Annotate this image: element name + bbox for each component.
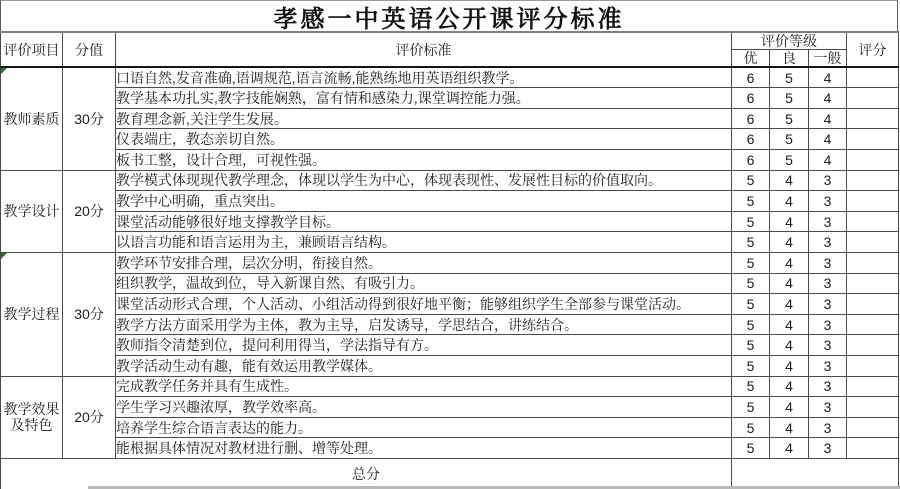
criteria-text: 完成教学任务并具有生成性。 [116,376,732,397]
grade-value: 5 [732,191,770,212]
grade-value: 6 [732,150,770,171]
rating-input-cell[interactable] [847,417,899,438]
criteria-text: 仪表端庄，教态亲切自然。 [116,129,732,150]
criteria-text: 教学模式体现现代教学理念，体现以学生为中心，体现表现性、发展性目标的价值取向。 [116,170,732,191]
grade-value: 4 [809,88,847,109]
grade-value: 5 [732,397,770,418]
table-row: 教师素质30分口语自然,发音准确,语调规范,语言流畅,能熟练地用英语组织教学。6… [1,67,899,88]
criteria-text: 教师指令清楚到位，提问利用得当，学法指导有方。 [116,335,732,356]
grade-value: 4 [770,314,809,335]
grade-value: 4 [770,356,809,377]
table-row: 板书工整，设计合理，可视性强。654 [1,150,899,171]
page-title: 孝感一中英语公开课评分标准 [0,0,898,31]
criteria-text: 课堂活动能够很好地支撑教学目标。 [116,211,732,232]
total-label: 总分 [1,458,732,489]
grade-value: 4 [809,67,847,88]
table-row: 组织教学，温故到位，导入新课自然、有吸引力。543 [1,273,899,294]
header-grade-good: 良 [770,50,809,68]
grade-value: 4 [770,438,809,459]
table-row: 教育理念新,关注学生发展。654 [1,108,899,129]
grade-value: 6 [732,108,770,129]
header-criteria: 评价标准 [116,32,732,67]
table-footer: 总分 [1,458,899,489]
table-row: 以语言功能和语言运用为主，兼顾语言结构。543 [1,232,899,253]
section-score-value: 30分 [63,253,116,377]
criteria-text: 能根据具体情况对教材进行删、增等处理。 [116,438,732,459]
grade-value: 5 [770,129,809,150]
grade-value: 5 [732,232,770,253]
grade-value: 6 [732,88,770,109]
table-row: 培养学生综合语言表达的能力。543 [1,417,899,438]
table-row: 教学方法方面采用学为主体，教为主导，启发诱导，学思结合，讲练结合。543 [1,314,899,335]
table-row: 教学活动生动有趣，能有效运用教学媒体。543 [1,356,899,377]
section-item-label: 教师素质 [1,67,63,170]
criteria-text: 教育理念新,关注学生发展。 [116,108,732,129]
grade-value: 5 [770,88,809,109]
grade-value: 5 [732,294,770,315]
table-row: 仪表端庄，教态亲切自然。654 [1,129,899,150]
criteria-text: 教学基本功扎实,教字技能娴熟，富有情和感染力,课堂调控能力强。 [116,88,732,109]
table-row: 教学设计20分教学模式体现现代教学理念，体现以学生为中心，体现表现性、发展性目标… [1,170,899,191]
grade-value: 5 [732,335,770,356]
grade-value: 4 [809,129,847,150]
rating-input-cell[interactable] [847,191,899,212]
section-score-value: 20分 [63,376,116,458]
total-row: 总分 [1,458,899,489]
grade-value: 4 [770,335,809,356]
rating-input-cell[interactable] [847,150,899,171]
grade-value: 3 [809,253,847,274]
rating-input-cell[interactable] [847,397,899,418]
section-item-label: 教学过程 [1,253,63,377]
table-header: 评价项目 分值 评价标准 评价等级 评分 优 良 一般 [1,32,899,67]
rating-input-cell[interactable] [847,376,899,397]
criteria-text: 教学环节安排合理，层次分明，衔接自然。 [116,253,732,274]
grade-value: 5 [732,211,770,232]
rating-input-cell[interactable] [847,232,899,253]
rating-input-cell[interactable] [847,129,899,150]
header-grade-excellent: 优 [732,50,770,68]
table-row: 学生学习兴趣浓厚，教学效率高。543 [1,397,899,418]
table-row: 教师指令清楚到位，提问利用得当，学法指导有方。543 [1,335,899,356]
grade-value: 5 [732,376,770,397]
grade-value: 3 [809,273,847,294]
header-grade-group: 评价等级 [732,32,847,50]
grade-value: 3 [809,232,847,253]
grade-value: 4 [770,294,809,315]
grade-value: 6 [732,67,770,88]
grade-value: 4 [770,397,809,418]
section-score-value: 20分 [63,170,116,252]
rating-input-cell[interactable] [847,273,899,294]
criteria-text: 学生学习兴趣浓厚，教学效率高。 [116,397,732,418]
table-row: 教学过程30分教学环节安排合理，层次分明，衔接自然。543 [1,253,899,274]
grade-value: 5 [732,438,770,459]
criteria-text: 板书工整，设计合理，可视性强。 [116,150,732,171]
section-item-label: 教学效果及特色 [1,376,63,458]
grade-value: 5 [732,356,770,377]
header-grade-average: 一般 [809,50,847,68]
table-row: 教学基本功扎实,教字技能娴熟，富有情和感染力,课堂调控能力强。654 [1,88,899,109]
grade-value: 3 [809,356,847,377]
grade-value: 4 [770,191,809,212]
section-item-label: 教学设计 [1,170,63,252]
grade-value: 4 [770,211,809,232]
grade-value: 3 [809,438,847,459]
table-row: 教学中心明确，重点突出。543 [1,191,899,212]
total-score-cell[interactable] [732,458,899,489]
grade-value: 5 [732,417,770,438]
criteria-text: 培养学生综合语言表达的能力。 [116,417,732,438]
rating-input-cell[interactable] [847,88,899,109]
grade-value: 4 [770,253,809,274]
grade-value: 3 [809,335,847,356]
grade-value: 3 [809,376,847,397]
rating-input-cell[interactable] [847,67,899,88]
grade-value: 3 [809,191,847,212]
grade-value: 3 [809,417,847,438]
rating-input-cell[interactable] [847,108,899,129]
grade-value: 3 [809,294,847,315]
scoring-table: 评价项目 分值 评价标准 评价等级 评分 优 良 一般 教师素质30分口语自然,… [0,31,899,489]
table-row: 教学效果及特色20分完成教学任务并具有生成性。543 [1,376,899,397]
grade-value: 6 [732,129,770,150]
header-score: 分值 [63,32,116,67]
criteria-text: 以语言功能和语言运用为主，兼顾语言结构。 [116,232,732,253]
rating-input-cell[interactable] [847,314,899,335]
criteria-text: 教学方法方面采用学为主体，教为主导，启发诱导，学思结合，讲练结合。 [116,314,732,335]
grade-value: 5 [732,314,770,335]
grade-value: 5 [732,273,770,294]
grade-value: 4 [770,273,809,294]
grade-value: 4 [809,108,847,129]
rating-input-cell[interactable] [847,335,899,356]
grade-value: 4 [770,376,809,397]
table-row: 课堂活动形式合理，个人活动、小组活动得到很好地平衡；能够组织学生全部参与课堂活动… [1,294,899,315]
criteria-text: 教学活动生动有趣，能有效运用教学媒体。 [116,356,732,377]
criteria-text: 教学中心明确，重点突出。 [116,191,732,212]
table-row: 能根据具体情况对教材进行删、增等处理。543 [1,438,899,459]
rating-input-cell[interactable] [847,253,899,274]
criteria-text: 口语自然,发音准确,语调规范,语言流畅,能熟练地用英语组织教学。 [116,67,732,88]
header-item: 评价项目 [1,32,63,67]
grade-value: 5 [770,108,809,129]
header-rating: 评分 [847,32,899,67]
rating-input-cell[interactable] [847,356,899,377]
table-body: 教师素质30分口语自然,发音准确,语调规范,语言流畅,能熟练地用英语组织教学。6… [1,67,899,458]
grade-value: 4 [770,170,809,191]
grade-value: 3 [809,397,847,418]
grade-value: 3 [809,170,847,191]
grade-value: 4 [770,232,809,253]
grade-value: 4 [809,150,847,171]
grade-value: 5 [732,253,770,274]
section-score-value: 30分 [63,67,116,170]
criteria-text: 课堂活动形式合理，个人活动、小组活动得到很好地平衡；能够组织学生全部参与课堂活动… [116,294,732,315]
grade-value: 4 [770,417,809,438]
grade-value: 5 [770,150,809,171]
grade-value: 3 [809,211,847,232]
rating-input-cell[interactable] [847,438,899,459]
grade-value: 5 [770,67,809,88]
spreadsheet-page: 孝感一中英语公开课评分标准 评价项目 分值 评价标准 评价等级 评分 优 良 一… [0,0,900,489]
criteria-text: 组织教学，温故到位，导入新课自然、有吸引力。 [116,273,732,294]
rating-input-cell[interactable] [847,211,899,232]
table-row: 课堂活动能够很好地支撑教学目标。543 [1,211,899,232]
grade-value: 3 [809,314,847,335]
grade-value: 5 [732,170,770,191]
rating-input-cell[interactable] [847,294,899,315]
rating-input-cell[interactable] [847,170,899,191]
